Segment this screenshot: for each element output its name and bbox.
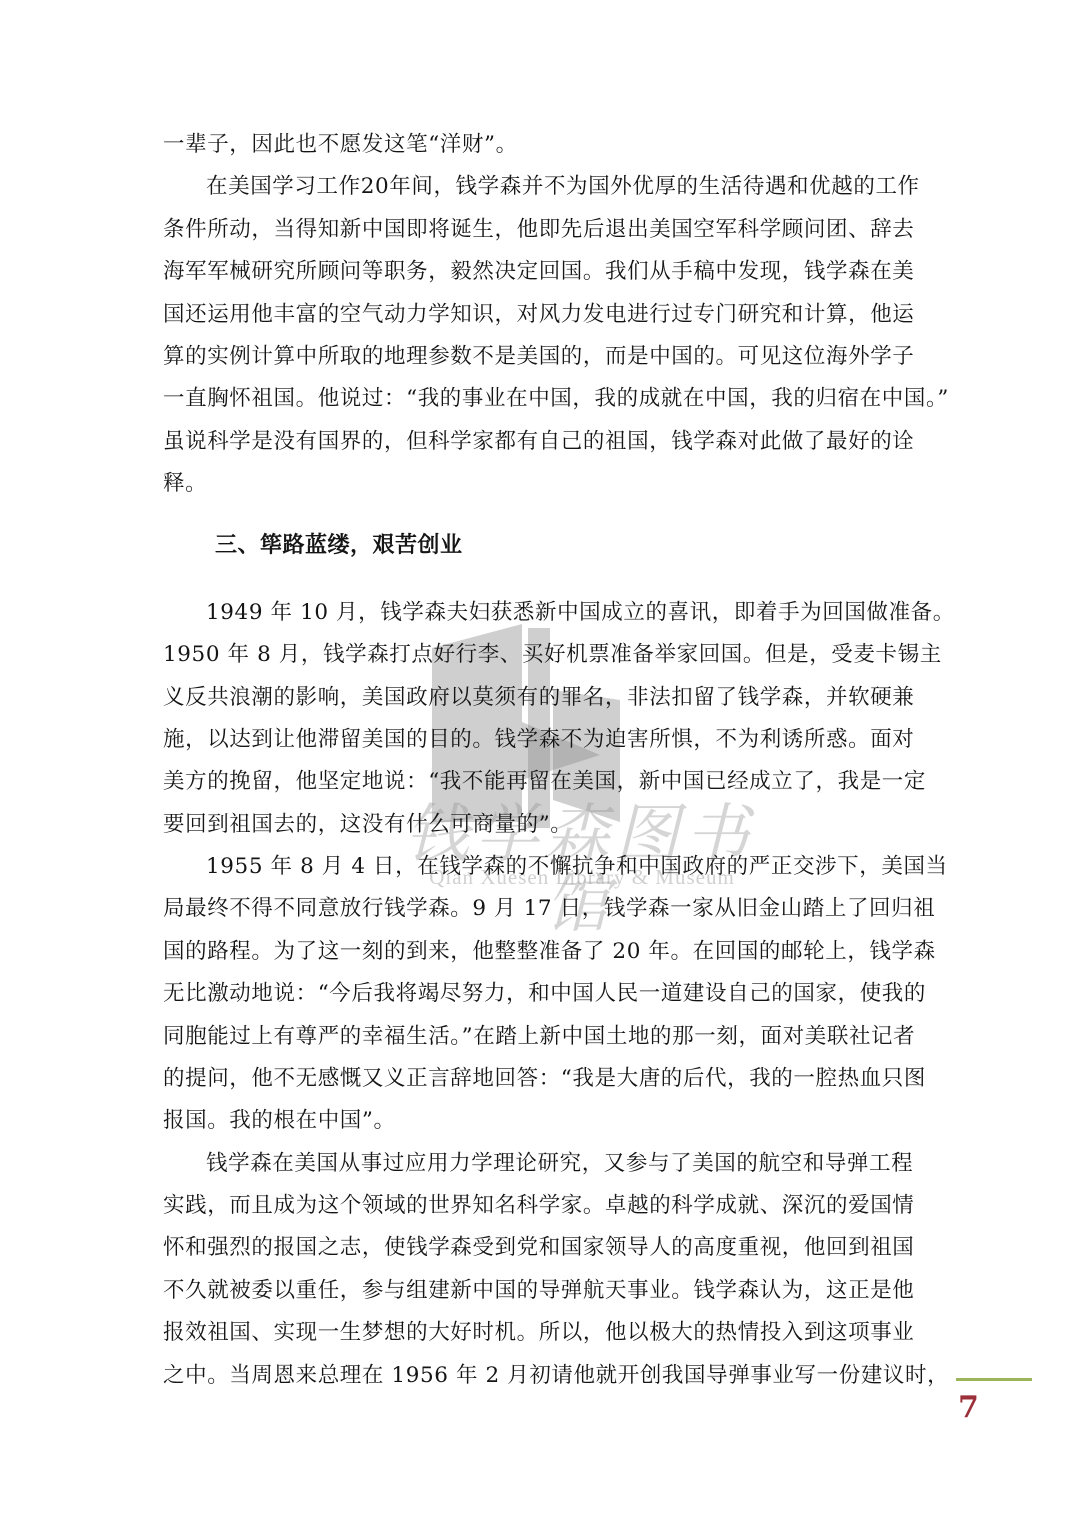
- paragraph-line: 义反共浪潮的影响，美国政府以莫须有的罪名，非法扣留了钱学森，并软硬兼: [163, 683, 913, 713]
- paragraph-line: 1950 年 8 月，钱学森打点好行李、买好机票准备举家回国。但是，受麦卡锡主: [163, 640, 913, 670]
- paragraph-line: 实践，而且成为这个领域的世界知名科学家。卓越的科学成就、深沉的爱国情: [163, 1191, 913, 1221]
- paragraph-line: 国还运用他丰富的空气动力学知识，对风力发电进行过专门研究和计算，他运: [163, 300, 913, 330]
- document-page: 钱学森图书馆 Qian Xuesen Library & Museum 一辈子，…: [0, 0, 1074, 1520]
- paragraph-line: 钱学森在美国从事过应用力学理论研究，又参与了美国的航空和导弹工程: [206, 1149, 913, 1179]
- paragraph-line: 算的实例计算中所取的地理参数不是美国的，而是中国的。可见这位海外学子: [163, 342, 913, 372]
- paragraph-line: 在美国学习工作20年间，钱学森并不为国外优厚的生活待遇和优越的工作: [206, 172, 913, 202]
- paragraph-line: 美方的挽留，他坚定地说：“我不能再留在美国，新中国已经成立了，我是一定: [163, 767, 913, 797]
- paragraph-line: 海军军械研究所顾问等职务，毅然决定回国。我们从手稿中发现，钱学森在美: [163, 257, 913, 287]
- paragraph-line: 要回到祖国去的，这没有什么可商量的”。: [163, 810, 913, 840]
- paragraph-line: 同胞能过上有尊严的幸福生活。”在踏上新中国土地的那一刻，面对美联社记者: [163, 1022, 913, 1052]
- page-number: 7: [958, 1391, 979, 1425]
- paragraph-line: 不久就被委以重任，参与组建新中国的导弹航天事业。钱学森认为，这正是他: [163, 1276, 913, 1306]
- footer-divider: [956, 1378, 1032, 1381]
- paragraph-line: 报效祖国、实现一生梦想的大好时机。所以，他以极大的热情投入到这项事业: [163, 1318, 913, 1348]
- paragraph-line: 之中。当周恩来总理在 1956 年 2 月初请他就开创我国导弹事业写一份建议时，: [163, 1361, 913, 1391]
- paragraph-line: 的提问，他不无感慨又义正言辞地回答：“我是大唐的后代，我的一腔热血只图: [163, 1064, 913, 1094]
- paragraph-line: 局最终不得不同意放行钱学森。9 月 17 日，钱学森一家从旧金山踏上了回归祖: [163, 894, 913, 924]
- paragraph-line: 报国。我的根在中国”。: [163, 1106, 913, 1136]
- paragraph-line: 一辈子，因此也不愿发这笔“洋财”。: [163, 130, 913, 160]
- paragraph-line: 无比激动地说：“今后我将竭尽努力，和中国人民一道建设自己的国家，使我的: [163, 979, 913, 1009]
- paragraph-line: 虽说科学是没有国界的，但科学家都有自己的祖国，钱学森对此做了最好的诠: [163, 427, 913, 457]
- section-heading: 三、筚路蓝缕，艰苦创业: [215, 531, 463, 561]
- paragraph-line: 释。: [163, 469, 913, 499]
- paragraph-line: 一直胸怀祖国。他说过：“我的事业在中国，我的成就在中国，我的归宿在中国。”: [163, 384, 913, 414]
- paragraph-line: 1949 年 10 月，钱学森夫妇获悉新中国成立的喜讯，即着手为回国做准备。: [206, 598, 913, 628]
- paragraph-line: 施，以达到让他滞留美国的目的。钱学森不为迫害所惧，不为利诱所惑。面对: [163, 725, 913, 755]
- paragraph-line: 怀和强烈的报国之志，使钱学森受到党和国家领导人的高度重视，他回到祖国: [163, 1233, 913, 1263]
- paragraph-line: 条件所动，当得知新中国即将诞生，他即先后退出美国空军科学顾问团、辞去: [163, 215, 913, 245]
- paragraph-line: 1955 年 8 月 4 日，在钱学森的不懈抗争和中国政府的严正交涉下，美国当: [206, 852, 913, 882]
- paragraph-line: 国的路程。为了这一刻的到来，他整整准备了 20 年。在回国的邮轮上，钱学森: [163, 937, 913, 967]
